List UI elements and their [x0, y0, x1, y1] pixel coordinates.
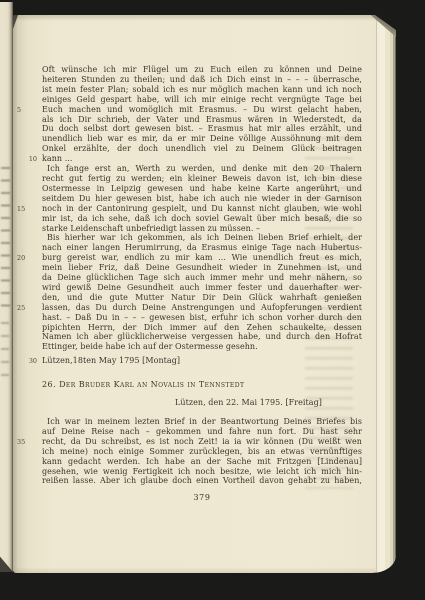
- text-line: Namen ich aber glücklicherweise vergesse…: [42, 332, 362, 342]
- text-line: hast. – Daß Du in – – – gewesen bist, er…: [42, 313, 362, 323]
- showthrough-text: [1, 322, 9, 382]
- gutter-shadow: [13, 15, 18, 29]
- line-text: Ettinger, beide habe ich auf der Osterme…: [42, 342, 258, 351]
- text-line: seitdem Du hier gewesen bist, habe ich a…: [42, 194, 362, 204]
- text-line: gesehen, wie wenig Fertigkeit ich noch b…: [42, 467, 362, 477]
- text-line: Ich fange erst an, Werth zu werden, und …: [42, 164, 362, 174]
- text-line: 20burg gereist war, endlich zu mir kam .…: [42, 253, 362, 263]
- line-text: ist mein fester Plan; sobald ich es nur …: [42, 85, 362, 94]
- line-text: 26. Der Bruder Karl an Novalis in Tennst…: [42, 380, 244, 389]
- line-text: seitdem Du hier gewesen bist, habe ich a…: [42, 194, 362, 203]
- page-number: 379: [42, 493, 362, 503]
- text-line: mir ist, da ich sehe, daß ich doch sovie…: [42, 214, 362, 224]
- line-text: recht gut fertig zu werden; ein kleiner …: [42, 174, 362, 183]
- text-line: Bis hierher war ich gekommen, als ich De…: [42, 233, 362, 243]
- line-text: recht, da Du schreibst, es ist noch Zeit…: [42, 437, 362, 446]
- text-line: nach einer langen Herumirrung, da Erasmu…: [42, 243, 362, 253]
- margin-line-number: 5: [17, 106, 37, 115]
- text-line: 15noch in der Cantonirung gespielt, und …: [42, 204, 362, 214]
- text-line: starke Leidenschaft unbefriedigt lassen …: [42, 224, 362, 234]
- line-text: Onkel erzählte, der doch unendlich viel …: [42, 144, 362, 153]
- text-line: reißen lasse. Aber ich glaube doch einen…: [42, 476, 362, 486]
- line-text: nach einer langen Herumirrung, da Erasmu…: [42, 243, 362, 252]
- line-text: Ich fange erst an, Werth zu werden, und …: [42, 164, 362, 173]
- line-text: ich meine) noch einige Sommer zurücklege…: [42, 447, 362, 456]
- line-text: Namen ich aber glücklicherweise vergesse…: [42, 332, 362, 341]
- margin-line-number: 30: [17, 357, 37, 366]
- text-line: ist mein fester Plan; sobald ich es nur …: [42, 85, 362, 95]
- line-text: unendlich lieb war es mir, da er mir Dei…: [42, 134, 362, 143]
- text-line: Oft wünsche ich mir Flügel um zu Euch ei…: [42, 65, 362, 75]
- text-line: 25lassen, das Du durch Deine Anstrengung…: [42, 303, 362, 313]
- letter-heading: 26. Der Bruder Karl an Novalis in Tennst…: [42, 380, 362, 390]
- line-text: lassen, das Du durch Deine Anstrengungen…: [42, 303, 362, 312]
- line-text: starke Leidenschaft unbefriedigt lassen …: [42, 224, 260, 233]
- text-line: unendlich lieb war es mir, da er mir Dei…: [42, 134, 362, 144]
- line-text: Lützen, den 22. Mai 1795. [Freitag]: [175, 398, 322, 407]
- text-line: 35recht, da Du schreibst, es ist noch Ze…: [42, 437, 362, 447]
- margin-line-number: 20: [17, 254, 37, 263]
- text-line: einiges Geld gespart habe, will ich mir …: [42, 95, 362, 105]
- line-text: Euch machen und womöglich mit Erasmus. –…: [42, 105, 362, 114]
- line-text: als ich Dir schrieb, der Vater und Erasm…: [42, 115, 362, 124]
- margin-line-number: 25: [17, 304, 37, 313]
- text-line: Du doch selbst dort gewesen bist. – Eras…: [42, 124, 362, 134]
- text-line: pipichten Herrn, der Dich immer auf den …: [42, 323, 362, 333]
- line-text: auf Deine Reise nach – gekommen und fahr…: [42, 427, 362, 436]
- line-text: Ich war in meinem lezten Brief in der Be…: [42, 417, 362, 426]
- page-edge-stack: [376, 15, 396, 573]
- line-text: gesehen, wie wenig Fertigkeit ich noch b…: [42, 467, 362, 476]
- line-text: mein lieber Friz, daß Deine Gesundheit w…: [42, 263, 362, 272]
- book-page: Oft wünsche ich mir Flügel um zu Euch ei…: [13, 15, 396, 573]
- text-line: als ich Dir schrieb, der Vater und Erasm…: [42, 115, 362, 125]
- text-line: mein lieber Friz, daß Deine Gesundheit w…: [42, 263, 362, 273]
- showthrough-text: [1, 167, 10, 312]
- text-line: Ettinger, beide habe ich auf der Osterme…: [42, 342, 362, 352]
- text-line: 10kann ...: [42, 154, 362, 164]
- line-text: mir ist, da ich sehe, daß ich doch sovie…: [42, 214, 362, 223]
- line-text: da Deine glücklichen Tage sich auch imme…: [42, 273, 362, 282]
- text-line: 5Euch machen und womöglich mit Erasmus. …: [42, 105, 362, 115]
- scanned-book-photo: Oft wünsche ich mir Flügel um zu Euch ei…: [0, 0, 425, 600]
- line-text: Bis hierher war ich gekommen, als ich De…: [42, 233, 362, 242]
- text-line: kann gedacht werden. Ich habe an der Sac…: [42, 457, 362, 467]
- page-corner-shadow: [0, 550, 13, 572]
- margin-line-number: 35: [17, 438, 37, 447]
- text-line: Ich war in meinem lezten Brief in der Be…: [42, 417, 362, 427]
- left-page-edge: [0, 2, 13, 572]
- line-text: heiteren Stunden zu theilen; und daß ich…: [42, 75, 362, 84]
- line-text: Oft wünsche ich mir Flügel um zu Euch ei…: [42, 65, 362, 74]
- text-lines: Oft wünsche ich mir Flügel um zu Euch ei…: [42, 65, 362, 486]
- line-text: Du doch selbst dort gewesen bist. – Eras…: [42, 124, 362, 133]
- text-line: Ostermesse in Leipzig gewesen und habe k…: [42, 184, 362, 194]
- text-line: Onkel erzählte, der doch unendlich viel …: [42, 144, 362, 154]
- line-text: Ostermesse in Leipzig gewesen und habe k…: [42, 184, 362, 193]
- text-line: den, und die gute Mutter Natur Dir Dein …: [42, 293, 362, 303]
- line-text: pipichten Herrn, der Dich immer auf den …: [42, 323, 362, 332]
- line-text: Lützen,18ten May 1795 [Montag]: [42, 356, 180, 365]
- text-line: heiteren Stunden zu theilen; und daß ich…: [42, 75, 362, 85]
- letter-text-block: Oft wünsche ich mir Flügel um zu Euch ei…: [42, 65, 362, 503]
- text-line: recht gut fertig zu werden; ein kleiner …: [42, 174, 362, 184]
- line-text: burg gereist war, endlich zu mir kam ...…: [42, 253, 362, 262]
- line-text: hast. – Daß Du in – – – gewesen bist, er…: [42, 313, 362, 322]
- letter-closing-dateline: 30Lützen,18ten May 1795 [Montag]: [42, 356, 362, 366]
- line-text: kann ...: [42, 154, 73, 163]
- text-line: auf Deine Reise nach – gekommen und fahr…: [42, 427, 362, 437]
- text-line: ich meine) noch einige Sommer zurücklege…: [42, 447, 362, 457]
- line-text: einiges Geld gespart habe, will ich mir …: [42, 95, 362, 104]
- letter-dateline: Lützen, den 22. Mai 1795. [Freitag]: [42, 398, 362, 408]
- line-text: noch in der Cantonirung gespielt, und Du…: [42, 204, 362, 213]
- margin-line-number: 15: [17, 205, 37, 214]
- line-text: kann gedacht werden. Ich habe an der Sac…: [42, 457, 362, 466]
- margin-line-number: 10: [17, 155, 37, 164]
- line-text: wird gewiß Deine Gesundheit auch immer f…: [42, 283, 362, 292]
- line-text: den, und die gute Mutter Natur Dir Dein …: [42, 293, 362, 302]
- text-line: wird gewiß Deine Gesundheit auch immer f…: [42, 283, 362, 293]
- text-line: da Deine glücklichen Tage sich auch imme…: [42, 273, 362, 283]
- line-text: reißen lasse. Aber ich glaube doch einen…: [42, 476, 362, 485]
